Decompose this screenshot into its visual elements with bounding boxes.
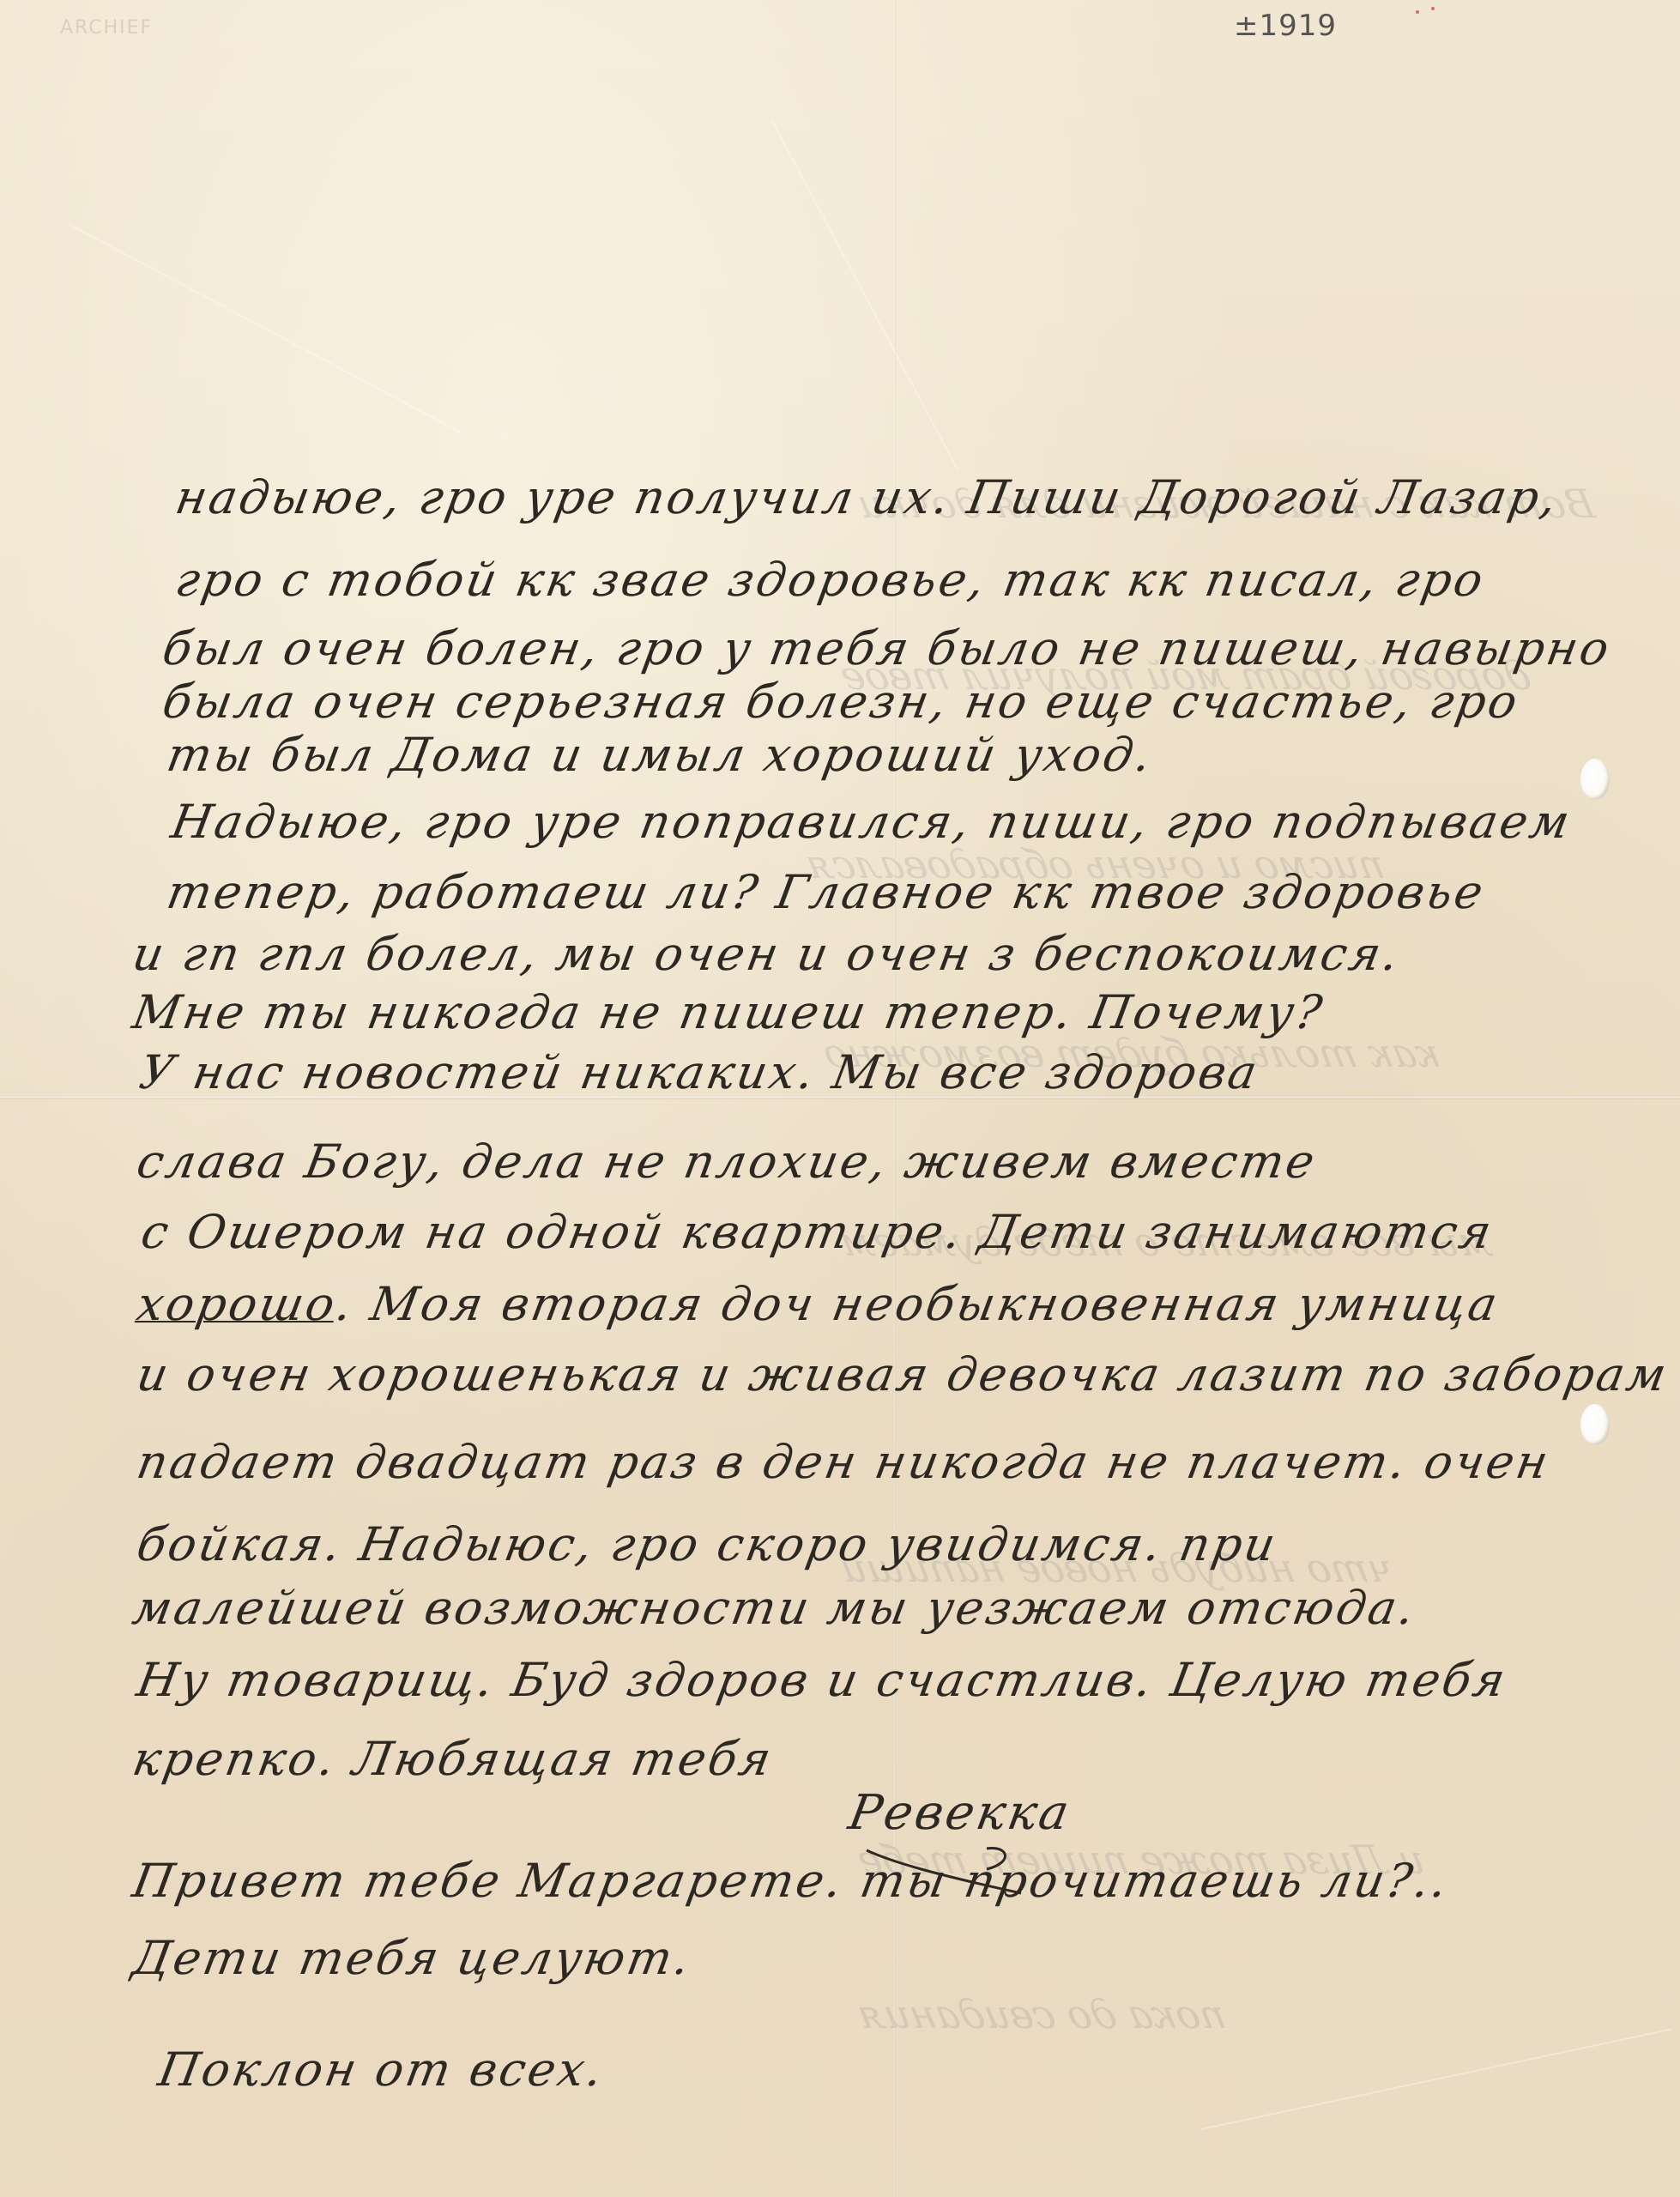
letter-line: был очен болен, гро у тебя было не пишеш…	[159, 621, 1616, 675]
letter-line: и гп гпл болел, мы очен и очен з беспоко…	[129, 927, 1405, 981]
signature: Ревекка	[844, 1785, 1075, 1841]
letter-line: крепко. Любящая тебя	[129, 1732, 777, 1786]
letter-page: ARCHIEF ±1919 Вот как с нашей жизни для …	[0, 0, 1680, 2197]
postscript-line: Поклон от всех.	[154, 2043, 609, 2097]
postscript-line: Дети тебя целуют.	[129, 1931, 696, 1985]
letter-line: падает двадцат раз в ден никогда не плач…	[133, 1435, 1555, 1489]
letter-line: У нас новостей никаких. Мы все здорова	[136, 1045, 1264, 1099]
letter-line: с Ошером на одной квартире. Дети занимаю…	[137, 1205, 1498, 1259]
letter-line: тепер, работаеш ли? Главное кк твое здор…	[163, 865, 1490, 919]
letter-line: Мне ты никогда не пишеш тепер. Почему?	[129, 985, 1328, 1039]
letter-body: надыюе, гро уре получил их. Пиши Дорогой…	[0, 0, 1680, 2197]
letter-line: малейшей возможности мы уезжаем отсюда.	[129, 1581, 1421, 1635]
underlined-word: хорошо	[133, 1277, 341, 1331]
letter-line: Надыюе, гро уре поправился, пиши, гро по…	[167, 795, 1576, 849]
letter-line: и очен хорошенькая и живая девочка лазит…	[133, 1347, 1673, 1401]
letter-line: ты был Дома и имыл хороший уход.	[163, 728, 1157, 782]
letter-line: Ну товарищ. Буд здоров и счастлив. Целую…	[133, 1653, 1512, 1707]
letter-line: надыюе, гро уре получил их. Пиши Дорогой…	[172, 470, 1563, 524]
letter-line: хорошо. Моя вторая доч необыкновенная ум…	[133, 1277, 1503, 1331]
letter-line: гро с тобой кк зваe здоровье, так кк пис…	[172, 553, 1490, 607]
letter-line: бойкая. Надыюс, гро скоро увидимся. при	[133, 1517, 1282, 1571]
letter-line: слава Богу, дела не плохие, живем вместе	[133, 1135, 1321, 1189]
postscript-line: Привет тебе Маргарете. ты прочитаешь ли?…	[129, 1854, 1453, 1908]
letter-line: была очен серьезная болезн, но еще счаст…	[159, 675, 1524, 729]
